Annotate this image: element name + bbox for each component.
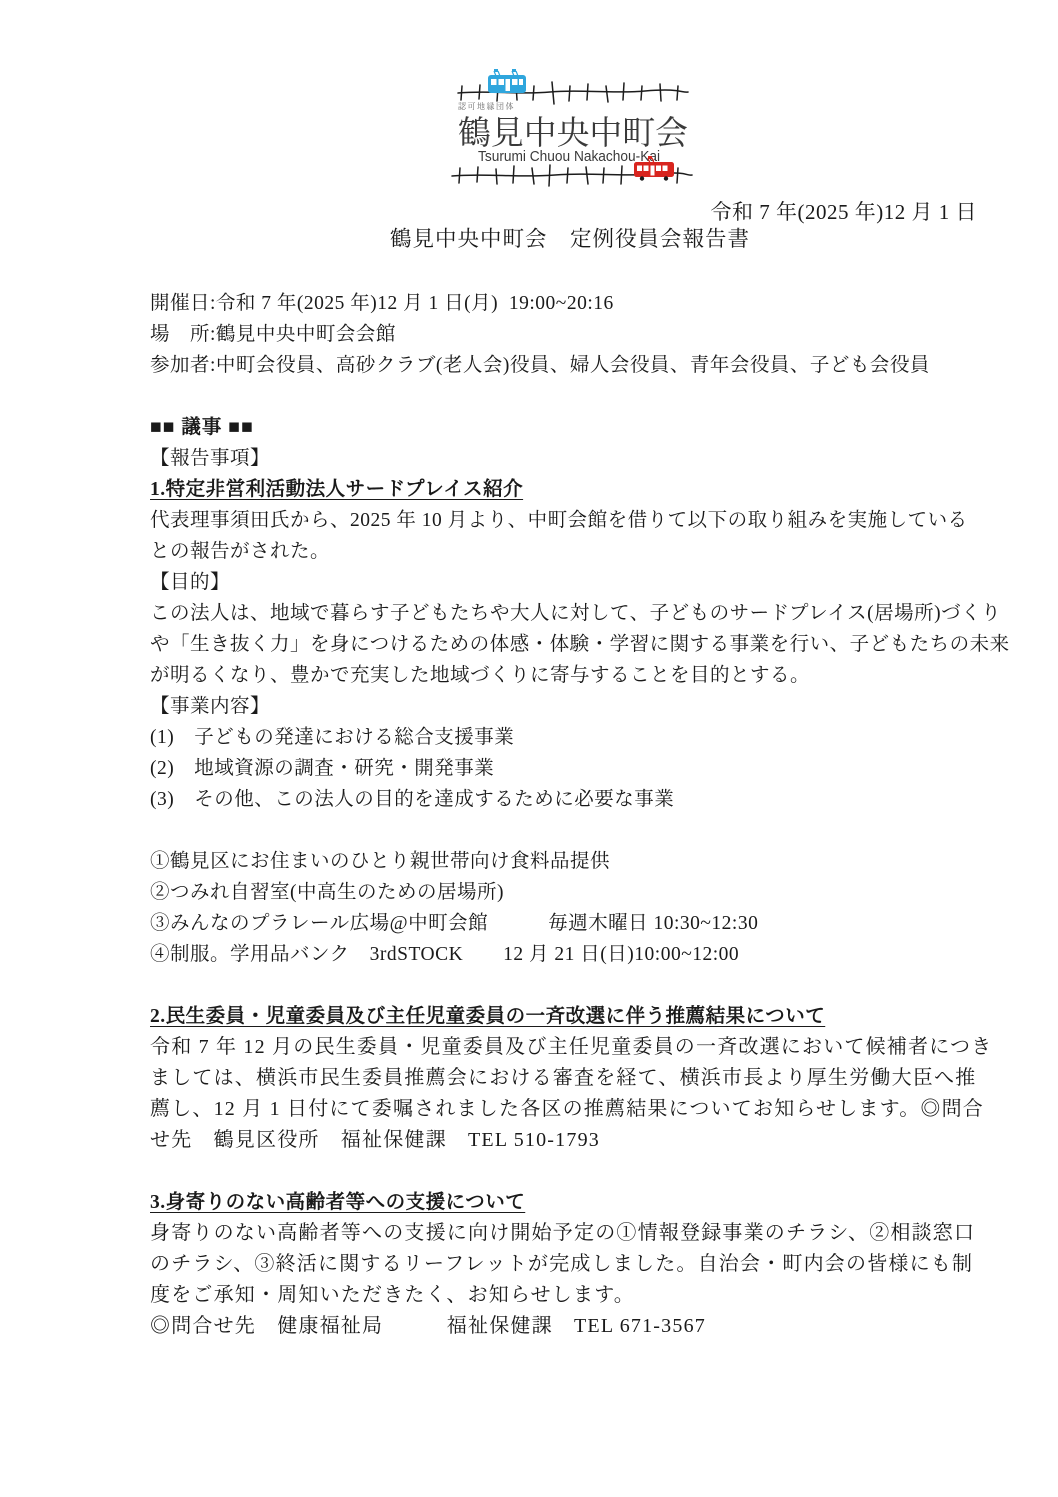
- document-body: 開催日:令和 7 年(2025 年)12 月 1 日(月) 19:00~20:1…: [150, 288, 1010, 1342]
- item3-body-line: 身寄りのない高齢者等への支援に向け開始予定の①情報登録事業のチラシ、②相談窓口: [150, 1218, 1010, 1249]
- purpose-label: 【目的】: [150, 567, 1010, 598]
- item3-body-line: 度をご承知・周知いただきたく、お知らせします。: [150, 1280, 1010, 1311]
- business-item: (1) 子どもの発達における総合支援事業: [150, 722, 1010, 753]
- item2-body-line: せ先 鶴見区役所 福祉保健課 TEL 510-1793: [150, 1125, 1010, 1156]
- item3-body-line: ◎問合せ先 健康福祉局 福祉保健課 TEL 671-3567: [150, 1311, 1010, 1342]
- spacer: [150, 815, 1010, 846]
- item2-body-line: ましては、横浜市民生委員推薦会における審査を経て、横浜市長より厚生労働大臣へ推: [150, 1063, 1010, 1094]
- spacer: [150, 1156, 1010, 1187]
- spacer: [150, 970, 1010, 1001]
- item1-intro-line: との報告がされた。: [150, 536, 1010, 567]
- agenda-header: ■■ 議事 ■■: [150, 412, 1010, 443]
- item1-intro-line: 代表理事須田氏から、2025 年 10 月より、中町会館を借りて以下の取り組みを…: [150, 505, 1010, 536]
- item2-body-line: 薦し、12 月 1 日付にて委嘱されました各区の推薦結果についてお知らせします。…: [150, 1094, 1010, 1125]
- business-label: 【事業内容】: [150, 691, 1010, 722]
- document-title: 鶴見中央中町会 定例役員会報告書: [150, 222, 990, 253]
- logo-org-name-jp: 鶴見中央中町会: [458, 114, 688, 151]
- purpose-line: が明るくなり、豊かで充実した地域づくりに寄与することを目的とする。: [150, 660, 1010, 691]
- logo-graphic: 認可地縁団体 鶴見中央中町会 Tsurumi Chuou Nakachou-Ka…: [450, 60, 700, 192]
- business-item: (2) 地域資源の調査・研究・開発事業: [150, 753, 1010, 784]
- report-items-label: 【報告事項】: [150, 443, 1010, 474]
- item2-heading: 2.民生委員・児童委員及び主任児童委員の一斉改選に伴う推薦結果について: [150, 1001, 1010, 1032]
- organization-logo: 認可地縁団体 鶴見中央中町会 Tsurumi Chuou Nakachou-Ka…: [450, 60, 700, 192]
- activity-item: ④制服。学用品バンク 3rdSTOCK 12 月 21 日(日)10:00~12…: [150, 939, 1010, 970]
- spacer: [150, 381, 1010, 412]
- purpose-line: この法人は、地域で暮らす子どもたちや大人に対して、子どものサードプレイス(居場所…: [150, 598, 1010, 629]
- item1-heading: 1.特定非営利活動法人サードプレイス紹介: [150, 474, 1010, 505]
- item3-body-line: のチラシ、③終活に関するリーフレットが完成しました。自治会・町内会の皆様にも制: [150, 1249, 1010, 1280]
- logo-org-name-en: Tsurumi Chuou Nakachou-Kai: [478, 148, 660, 165]
- activity-item: ②つみれ自習室(中高生のための居場所): [150, 877, 1010, 908]
- purpose-line: や「生き抜く力」を身につけるための体感・体験・学習に関する事業を行い、子どもたち…: [150, 629, 1010, 660]
- meeting-date-line: 開催日:令和 7 年(2025 年)12 月 1 日(月) 19:00~20:1…: [150, 288, 1010, 319]
- logo-certification-label: 認可地縁団体: [458, 101, 515, 111]
- document-page: { "logo": { "small_label": "認可地縁団体", "or…: [0, 0, 1058, 1497]
- blue-train-icon: [488, 69, 526, 93]
- item3-heading: 3.身寄りのない高齢者等への支援について: [150, 1187, 1010, 1218]
- business-item: (3) その他、この法人の目的を達成するために必要な事業: [150, 784, 1010, 815]
- activity-item: ③みんなのプラレール広場@中町会館 毎週木曜日 10:30~12:30: [150, 908, 1010, 939]
- meeting-place-line: 場 所:鶴見中央中町会会館: [150, 319, 1010, 350]
- activity-item: ①鶴見区にお住まいのひとり親世帯向け食料品提供: [150, 846, 1010, 877]
- meeting-participants-line: 参加者:中町会役員、高砂クラブ(老人会)役員、婦人会役員、青年会役員、子ども会役…: [150, 350, 1010, 381]
- item2-body-line: 令和 7 年 12 月の民生委員・児童委員及び主任児童委員の一斉改選において候補…: [150, 1032, 1010, 1063]
